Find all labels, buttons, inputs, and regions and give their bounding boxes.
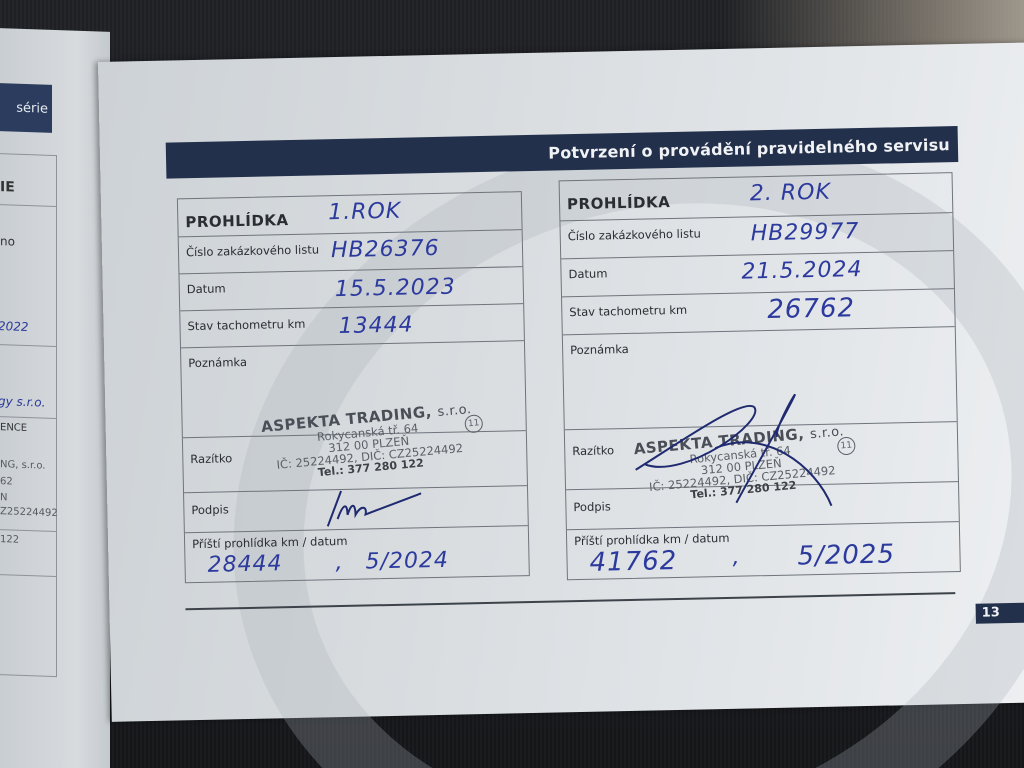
service-booklet-page: Potvrzení o provádění pravidelného servi… <box>98 42 1024 722</box>
stamp-label: Razítko <box>572 443 614 458</box>
signature-1 <box>309 479 430 532</box>
left-stamp-fragment: N <box>0 492 7 503</box>
odometer-value: 26762 <box>767 293 855 325</box>
order-number-label: Číslo zakázkového listu <box>186 242 319 259</box>
odometer-value: 13444 <box>338 312 414 339</box>
next-date-value: 5/2025 <box>797 539 895 571</box>
next-separator: , <box>732 545 741 570</box>
next-inspection-label: Příští prohlídka km / datum <box>192 534 348 551</box>
service-record-card-1: PROHLÍDKA 1.ROK Číslo zakázkového listu … <box>177 191 530 583</box>
odometer-label: Stav tachometru km <box>569 303 687 319</box>
signature-label: Podpis <box>191 502 229 517</box>
odometer-label: Stav tachometru km <box>187 317 305 333</box>
left-stamp-fragment: 122 <box>0 534 19 546</box>
next-km-value: 41762 <box>589 546 677 578</box>
left-stamp-fragment: NG, s.r.o. <box>0 459 45 472</box>
inspection-value: 2. ROK <box>750 180 832 207</box>
next-date-value: 5/2024 <box>365 548 449 575</box>
service-record-card-2: PROHLÍDKA 2. ROK Číslo zakázkového listu… <box>559 172 961 580</box>
page-title: Potvrzení o provádění pravidelného servi… <box>548 135 950 162</box>
divider <box>0 529 56 532</box>
divider <box>0 344 56 347</box>
left-page: série IE no 2022 gy s.r.o. ENCE NG, s.r.… <box>0 28 110 768</box>
order-number-value: HB29977 <box>750 219 859 246</box>
order-number-label: Číslo zakázkového listu <box>568 226 701 243</box>
left-stamp-fragment: 62 <box>0 476 13 487</box>
inspection-label: PROHLÍDKA <box>567 193 671 213</box>
left-ink-year: 2022 <box>0 319 29 334</box>
inspection-label: PROHLÍDKA <box>185 211 289 231</box>
date-value: 21.5.2024 <box>741 257 862 285</box>
footer-divider <box>185 592 955 610</box>
left-label-fragment-2: ENCE <box>0 422 27 434</box>
left-ink-company: gy s.r.o. <box>0 394 45 410</box>
inspection-value: 1.ROK <box>328 199 402 226</box>
next-km-value: 28444 <box>207 551 283 578</box>
left-stamp-fragment: Z25224492 <box>0 506 58 519</box>
divider <box>0 416 56 419</box>
stamp-label: Razítko <box>190 451 232 466</box>
signature-label: Podpis <box>573 499 611 514</box>
divider <box>0 574 56 577</box>
date-label: Datum <box>187 281 226 296</box>
left-header-band: série <box>0 83 52 133</box>
date-label: Datum <box>568 266 607 281</box>
left-heading-fragment: IE <box>0 179 15 196</box>
next-separator: , <box>335 550 344 575</box>
next-inspection-row: Příští prohlídka km / datum 41762 , 5/20… <box>567 522 960 580</box>
left-form-box: IE no 2022 gy s.r.o. ENCE NG, s.r.o. 62 … <box>0 153 57 677</box>
date-value: 15.5.2023 <box>335 275 456 303</box>
order-number-value: HB26376 <box>331 236 440 263</box>
signature-2 <box>624 365 847 520</box>
page-number: 13 <box>976 602 1024 624</box>
left-header-fragment: série <box>16 100 48 116</box>
next-inspection-row: Příští prohlídka km / datum 28444 , 5/20… <box>185 526 529 583</box>
note-label: Poznámka <box>570 342 629 357</box>
divider <box>0 204 56 207</box>
note-label: Poznámka <box>188 355 247 370</box>
left-label-fragment: no <box>0 234 15 249</box>
page-header-band: Potvrzení o provádění pravidelného servi… <box>166 126 959 179</box>
